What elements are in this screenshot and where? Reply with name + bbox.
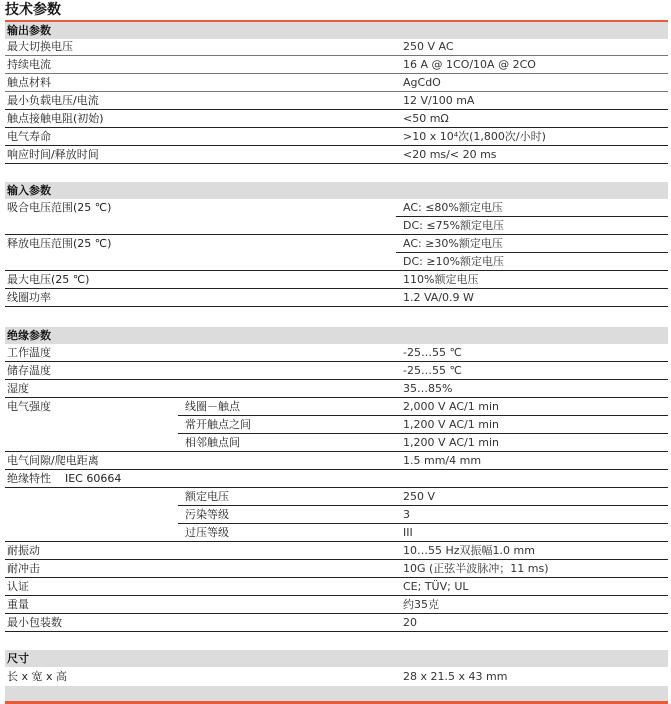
param-value: 28 x 21.5 x 43 mm [403, 668, 507, 685]
table-row: 最小负载电压/电流12 V/100 mA [5, 92, 668, 110]
param-label: 重量 [7, 596, 29, 613]
table-row: DC: ≥10%额定电压 [5, 253, 668, 271]
param-value: AgCdO [403, 74, 441, 91]
param-value: CE; TÜV; UL [403, 578, 469, 595]
param-value: 约35克 [403, 596, 439, 613]
table-row: 触点接触电阻(初始)<50 mΩ [5, 110, 668, 128]
section-header-insulation: 绝缘参数 [5, 327, 668, 344]
param-value: -25…55 ℃ [403, 344, 462, 361]
param-label: 持续电流 [7, 56, 51, 73]
table-row: 重量约35克 [5, 596, 668, 614]
table-row: 常开触点之间1,200 V AC/1 min [5, 416, 668, 434]
table-row: 触点材料AgCdO [5, 74, 668, 92]
param-value: >10 x 10⁴次(1,800次/小时) [403, 128, 546, 145]
param-value: 1.2 VA/0.9 W [403, 289, 474, 306]
table-row: 储存温度-25…55 ℃ [5, 362, 668, 380]
param-value: DC: ≤75%额定电压 [403, 217, 504, 234]
param-label: 触点材料 [7, 74, 51, 91]
table-row: 吸合电压范围(25 ℃)AC: ≤80%额定电压 [5, 199, 668, 217]
table-row: 绝缘特性 IEC 60664 [5, 470, 668, 488]
param-value: DC: ≥10%额定电压 [403, 253, 504, 270]
param-label: 工作温度 [7, 344, 51, 361]
row-divider [5, 163, 668, 164]
table-row: 工作温度-25…55 ℃ [5, 344, 668, 362]
table-row: 耐振动10…55 Hz双振幅1.0 mm [5, 542, 668, 560]
param-value: 3 [403, 506, 410, 523]
section-header-output: 输出参数 [5, 22, 668, 39]
table-row: 相邻触点间1,200 V AC/1 min [5, 434, 668, 452]
table-row: 释放电压范围(25 ℃)AC: ≥30%额定电压 [5, 235, 668, 253]
param-label: 储存温度 [7, 362, 51, 379]
table-row: 长 x 宽 x 高28 x 21.5 x 43 mm [5, 668, 668, 686]
table-row: 最大电压(25 ℃)110%额定电压 [5, 271, 668, 289]
param-value: 1,200 V AC/1 min [403, 416, 499, 433]
table-row: 最小包装数20 [5, 614, 668, 632]
param-value: 110%额定电压 [403, 271, 478, 288]
param-label: 长 x 宽 x 高 [7, 668, 67, 685]
param-value: 250 V [403, 488, 435, 505]
row-divider [5, 306, 668, 307]
table-row: 电气寿命>10 x 10⁴次(1,800次/小时) [5, 128, 668, 146]
table-row: 电气间隙/爬电距离1.5 mm/4 mm [5, 452, 668, 470]
param-label: 认证 [7, 578, 29, 595]
table-row: 线圈功率1.2 VA/0.9 W [5, 289, 668, 307]
param-label: 电气强度 [7, 398, 51, 415]
param-value: <20 ms/< 20 ms [403, 146, 497, 163]
param-label: 响应时间/释放时间 [7, 146, 99, 163]
param-label: 耐冲击 [7, 560, 40, 577]
param-label: 最大切换电压 [7, 38, 73, 55]
param-value: AC: ≥30%额定电压 [403, 235, 503, 252]
param-value: 1,200 V AC/1 min [403, 434, 499, 451]
table-row: 最大切换电压250 V AC [5, 38, 668, 56]
footer-band [5, 686, 668, 701]
param-value: AC: ≤80%额定电压 [403, 199, 503, 216]
table-row: 响应时间/释放时间<20 ms/< 20 ms [5, 146, 668, 164]
param-label: 绝缘特性 IEC 60664 [7, 470, 121, 487]
param-sublabel: 额定电压 [185, 488, 229, 505]
table-row: 耐冲击10G (正弦半波脉冲；11 ms) [5, 560, 668, 578]
param-sublabel: 线圈－触点 [185, 398, 240, 415]
section-header-dimensions: 尺寸 [5, 650, 668, 667]
table-row: 电气强度线圈－触点2,000 V AC/1 min [5, 398, 668, 416]
param-value: -25…55 ℃ [403, 362, 462, 379]
table-row: 污染等级3 [5, 506, 668, 524]
param-value: 20 [403, 614, 417, 631]
param-label: 电气寿命 [7, 128, 51, 145]
param-label: 耐振动 [7, 542, 40, 559]
table-row: 持续电流16 A @ 1CO/10A @ 2CO [5, 56, 668, 74]
param-value: 35…85% [403, 380, 452, 397]
param-sublabel: 污染等级 [185, 506, 229, 523]
param-label: 触点接触电阻(初始) [7, 110, 104, 127]
param-value: 10…55 Hz双振幅1.0 mm [403, 542, 535, 559]
param-value: 2,000 V AC/1 min [403, 398, 499, 415]
param-label: 最大电压(25 ℃) [7, 271, 89, 288]
table-row: DC: ≤75%额定电压 [5, 217, 668, 235]
param-value: 16 A @ 1CO/10A @ 2CO [403, 56, 536, 73]
param-label: 最小负载电压/电流 [7, 92, 99, 109]
param-value: 250 V AC [403, 38, 454, 55]
param-label: 释放电压范围(25 ℃) [7, 235, 111, 252]
param-sublabel: 相邻触点间 [185, 434, 240, 451]
table-row: 认证CE; TÜV; UL [5, 578, 668, 596]
param-value: 10G (正弦半波脉冲；11 ms) [403, 560, 549, 577]
param-value: 1.5 mm/4 mm [403, 452, 481, 469]
param-label: 线圈功率 [7, 289, 51, 306]
table-row: 湿度35…85% [5, 380, 668, 398]
page-title: 技术参数 [5, 1, 61, 19]
param-value: <50 mΩ [403, 110, 449, 127]
param-label: 最小包装数 [7, 614, 62, 631]
param-label: 湿度 [7, 380, 29, 397]
param-value: 12 V/100 mA [403, 92, 474, 109]
table-row: 额定电压250 V [5, 488, 668, 506]
table-row: 过压等级III [5, 524, 668, 542]
param-label: 吸合电压范围(25 ℃) [7, 199, 111, 216]
row-divider [5, 631, 668, 632]
param-label: 电气间隙/爬电距离 [7, 452, 99, 469]
param-sublabel: 过压等级 [185, 524, 229, 541]
param-value: III [403, 524, 413, 541]
param-sublabel: 常开触点之间 [185, 416, 251, 433]
section-header-input: 输入参数 [5, 182, 668, 199]
